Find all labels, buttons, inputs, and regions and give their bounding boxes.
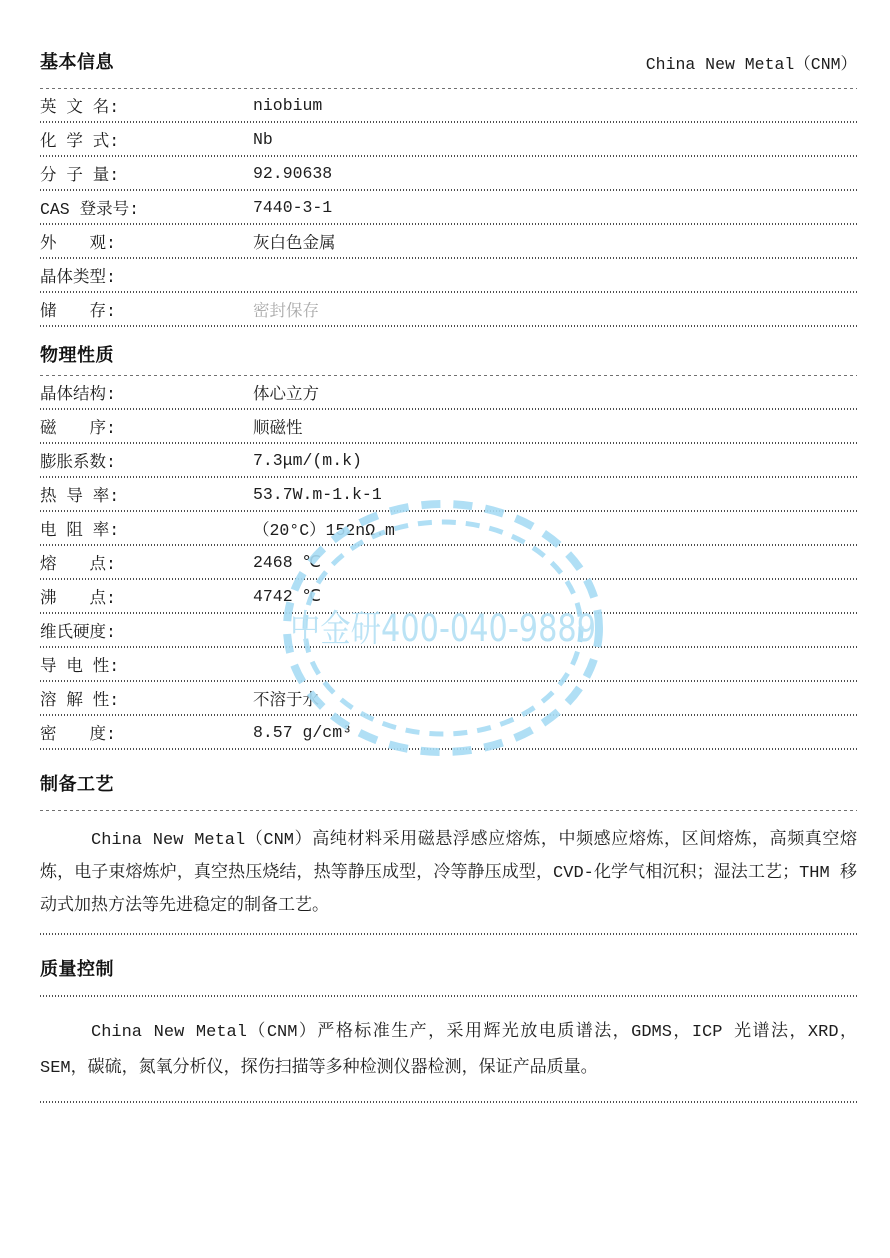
table-row: 英 文 名: niobium: [40, 89, 857, 121]
table-row: 化 学 式: Nb: [40, 123, 857, 155]
physical-table: 晶体结构: 体心立方 磁 序: 顺磁性 膨胀系数: 7.3μm/(m.k) 热 …: [40, 376, 857, 750]
table-row: 外 观: 灰白色金属: [40, 225, 857, 257]
table-row: 熔 点: 2468 ℃: [40, 546, 857, 578]
row-value: 8.57 g/cm³: [253, 723, 857, 742]
table-row: 沸 点: 4742 ℃: [40, 580, 857, 612]
row-value: 体心立方: [253, 380, 857, 404]
table-row: 磁 序: 顺磁性: [40, 410, 857, 442]
row-label: 溶 解 性:: [40, 686, 253, 710]
row-value: 顺磁性: [253, 414, 857, 438]
quality-separator: [40, 995, 857, 997]
row-label: 晶体类型:: [40, 263, 253, 287]
table-row: 维氏硬度:: [40, 614, 857, 646]
row-separator: [40, 748, 857, 750]
table-row: 晶体结构: 体心立方: [40, 376, 857, 408]
preparation-header: 制备工艺: [40, 770, 857, 796]
row-label: 化 学 式:: [40, 127, 253, 151]
row-separator: [40, 325, 857, 327]
table-row: 膨胀系数: 7.3μm/(m.k): [40, 444, 857, 476]
basic-info-table: 英 文 名: niobium 化 学 式: Nb 分 子 量: 92.90638…: [40, 89, 857, 327]
physical-title: 物理性质: [40, 345, 114, 366]
row-label: 密 度:: [40, 720, 253, 744]
row-value: niobium: [253, 96, 857, 115]
quality-paragraph: China New Metal（CNM）严格标准生产，采用辉光放电质谱法，GDM…: [40, 1015, 857, 1087]
row-label: 维氏硬度:: [40, 618, 253, 642]
table-row: 热 导 率: 53.7W.m-1.k-1: [40, 478, 857, 510]
quality-header: 质量控制: [40, 955, 857, 981]
basic-info-header: 基本信息 China New Metal（CNM）: [40, 48, 857, 74]
row-label: 热 导 率:: [40, 482, 253, 506]
row-label: 磁 序:: [40, 414, 253, 438]
physical-header: 物理性质: [40, 341, 857, 367]
row-label: 膨胀系数:: [40, 448, 253, 472]
row-value: 2468 ℃: [253, 552, 857, 572]
preparation-paragraph: China New Metal（CNM）高纯材料采用磁悬浮感应熔炼，中频感应熔炼…: [40, 824, 857, 923]
table-row: 导 电 性:: [40, 648, 857, 680]
document-content: 基本信息 China New Metal（CNM） 英 文 名: niobium…: [40, 48, 857, 1103]
row-label: 外 观:: [40, 229, 253, 253]
table-row: 溶 解 性: 不溶于水: [40, 682, 857, 714]
row-value: 92.90638: [253, 164, 857, 183]
section-separator: [40, 933, 857, 935]
quality-title: 质量控制: [40, 959, 114, 980]
row-value: 53.7W.m-1.k-1: [253, 485, 857, 504]
row-value: （20°C）152nΩ.m: [253, 516, 857, 540]
row-label: 分 子 量:: [40, 161, 253, 185]
table-row: CAS 登录号: 7440-3-1: [40, 191, 857, 223]
row-value: 7.3μm/(m.k): [253, 451, 857, 470]
row-value: 不溶于水: [253, 686, 857, 710]
row-value: 密封保存: [253, 297, 857, 321]
table-row: 储 存: 密封保存: [40, 293, 857, 325]
row-label: 沸 点:: [40, 584, 253, 608]
preparation-title: 制备工艺: [40, 774, 114, 795]
row-label: 熔 点:: [40, 550, 253, 574]
row-label: 导 电 性:: [40, 652, 253, 676]
brand-name: China New Metal（CNM）: [646, 50, 857, 74]
row-label: 英 文 名:: [40, 93, 253, 117]
row-label: CAS 登录号:: [40, 195, 253, 219]
table-row: 分 子 量: 92.90638: [40, 157, 857, 189]
document-page: 中金研400-040-9889 基本信息 China New Metal（CNM…: [0, 0, 890, 1258]
row-value: 灰白色金属: [253, 229, 857, 253]
row-value: 4742 ℃: [253, 586, 857, 606]
bottom-separator: [40, 1101, 857, 1103]
row-label: 晶体结构:: [40, 380, 253, 404]
row-label: 储 存:: [40, 297, 253, 321]
preparation-separator: [40, 810, 857, 811]
table-row: 电 阻 率: （20°C）152nΩ.m: [40, 512, 857, 544]
row-value: 7440-3-1: [253, 198, 857, 217]
basic-info-title: 基本信息: [40, 48, 114, 74]
table-row: 密 度: 8.57 g/cm³: [40, 716, 857, 748]
row-label: 电 阻 率:: [40, 516, 253, 540]
table-row: 晶体类型:: [40, 259, 857, 291]
row-value: Nb: [253, 130, 857, 149]
